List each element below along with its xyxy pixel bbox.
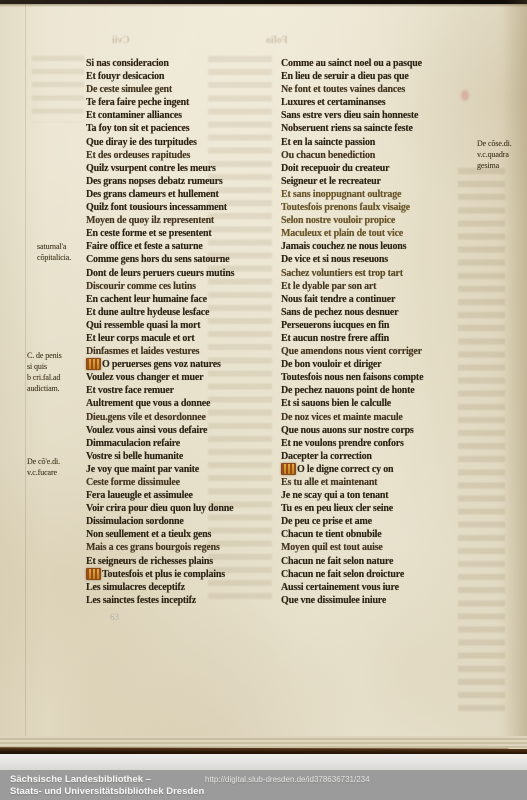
verse-line: De bon vouloir et diriger [281,358,467,371]
margin-note-line: saturnal'a [37,241,71,252]
verse-line: Luxures et certaminanses [281,96,467,109]
verse-line: Et si sauons bien le calculle [281,397,467,410]
verse-line: Moyen quil est tout auise [281,541,467,554]
verse-line: Dinfasmes et laides vestures [86,345,266,358]
verse-line: Quilz vsurpent contre les meurs [86,162,266,175]
margin-note-line: cõpitalicia. [37,252,71,263]
verse-line: Et seigneurs de richesses plains [86,555,266,568]
illuminated-paragraph-mark [281,463,296,475]
verse-line: Dieu.gens vile et desordonnee [86,411,266,424]
ink-bleedthrough-left [32,56,84,122]
verse-line: Si nas consideracion [86,57,266,70]
verse-line: Chacun ne fait selon nature [281,555,467,568]
verse-line: Tu es en peu lieux cler seine [281,502,467,515]
library-name-line1: Sächsische Landesbibliothek – [10,774,204,786]
verse-line: Aultrement que vous a donnee [86,397,266,410]
verse-line: Ne font et toutes vaines dances [281,83,467,96]
verse-line: Quilz font tousiours incessamment [86,201,266,214]
verse-line: Toutesfois nous nen faisons compte [281,371,467,384]
verse-line: Et des ordeuses rapitudes [86,149,266,162]
verse-line: En ceste forme et se presentent [86,227,266,240]
signature-mark: 63 [110,612,119,622]
verse-line: O le digne correct cy on [281,463,467,476]
verse-line: Dissimulacion sordonne [86,515,266,528]
source-url: http://digital.slub-dresden.de/id3786367… [205,775,370,784]
verse-line: De noz vices et mainte macule [281,411,467,424]
margin-note-line: si quis [27,361,62,372]
verse-line: Et le dyable par son art [281,280,467,293]
verse-line: Chacun te tient obnubile [281,528,467,541]
margin-note-line: gesima [477,160,512,171]
digitized-manuscript-view: Cvii Folio Si nas consideracionEt fouyr … [0,0,527,800]
book-page: Cvii Folio Si nas consideracionEt fouyr … [0,0,527,800]
verse-line: Fera laueugle et assimulee [86,489,266,502]
text-column-right: Comme au sainct noel ou a pasqueEn lieu … [281,57,467,607]
book-top-edge-shadow [0,4,527,7]
verse-line: Aussi certainement vous iure [281,581,467,594]
library-name-line2: Staats- und Universitätsbibliothek Dresd… [10,786,204,798]
margin-note-line: b cri.fal.ad [27,372,62,383]
verse-line: Comme gens hors du sens satourne [86,253,266,266]
verse-line: Voulez vous ainsi vous defaire [86,424,266,437]
page-fold-line [25,4,26,746]
bleedthrough-folio-number: Cvii [112,35,130,46]
verse-line: Comme au sainct noel ou a pasque [281,57,467,70]
margin-note-saturnalia: saturnal'acõpitalicia. [37,241,71,263]
margin-note-line: audictiam. [27,383,62,394]
verse-line: Et leur corps macule et ort [86,332,266,345]
verse-line: Ta foy ton sit et paciences [86,122,266,135]
verse-line: Sans estre vers dieu sain honneste [281,109,467,122]
verse-line: Et aucun nostre frere affin [281,332,467,345]
verse-line: En cachent leur humaine face [86,293,266,306]
illuminated-paragraph-mark [86,568,101,580]
verse-line: Et dune aultre hydeuse lesface [86,306,266,319]
verse-line: De ceste simulee gent [86,83,266,96]
verse-line: Et ne voulons prendre confors [281,437,467,450]
verse-line: Toutesfois et plus ie complains [86,568,266,581]
verse-line: Nous fait tendre a continuer [281,293,467,306]
margin-note-fucare: De cõ'e.di.v.c.fucare [27,456,60,478]
scanner-background-strip [0,754,527,770]
verse-line: Chacun ne fait selon droicture [281,568,467,581]
verse-line: Te fera faire peche ingent [86,96,266,109]
verse-line: Perseuerons iucques en fin [281,319,467,332]
verse-line: Ceste forme dissimulee [86,476,266,489]
verse-line: Es tu alle et maintenant [281,476,467,489]
verse-line: De pechez nauons point de honte [281,384,467,397]
margin-note-line: v.c.quadra [477,149,512,160]
text-column-left: Si nas consideracionEt fouyr desicacionD… [86,57,266,607]
verse-line: Non seullement et a tieulx gens [86,528,266,541]
verse-line: Dacepter la correction [281,450,467,463]
verse-line: Que diray ie des turpitudes [86,136,266,149]
verse-line: Ou chacun benediction [281,149,467,162]
verse-line: Toutesfois prenons faulx visaige [281,201,467,214]
illuminated-paragraph-mark [86,358,101,370]
verse-line: Moyen de quoy ilz representent [86,214,266,227]
verse-line: O peruerses gens voz natures [86,358,266,371]
margin-note-line: De cõ'e.di. [27,456,60,467]
verse-line: Selon nostre vouloir propice [281,214,467,227]
verse-line: Des grans clameurs et hullement [86,188,266,201]
verse-line: Je ne scay qui a ton tenant [281,489,467,502]
margin-note-line: De cõse.di. [477,138,512,149]
verse-line: Et contaminer alliances [86,109,266,122]
verse-line: Que amendons nous vient corriger [281,345,467,358]
verse-line: Les sainctes festes inceptifz [86,594,266,607]
verse-line: Et vostre face remuer [86,384,266,397]
verse-line: Jamais couchez ne nous leuons [281,240,467,253]
verse-line: Sans de pechez nous desnuer [281,306,467,319]
library-attribution: Sächsische Landesbibliothek – Staats- un… [10,774,204,797]
verse-line: Que nous auons sur nostre corps [281,424,467,437]
verse-line: Dimmaculacion refaire [86,437,266,450]
verse-line: Discourir comme ces lutins [86,280,266,293]
verse-line: Doit recepuoir du createur [281,162,467,175]
verse-line: Faire office et feste a saturne [86,240,266,253]
verse-line: Les simulacres deceptifz [86,581,266,594]
verse-line: De peu ce prise et ame [281,515,467,528]
verse-line: Nobseruent riens sa saincte feste [281,122,467,135]
verse-line: Vostre si belle humanite [86,450,266,463]
verse-line: Mais a ces grans bourgois regens [86,541,266,554]
red-ink-smudge [461,90,469,101]
gutter-shadow [503,0,527,752]
margin-note-quadragesima: De cõse.di.v.c.quadragesima [477,138,512,171]
verse-line: Et en la saincte passion [281,136,467,149]
caption-bar: Sächsische Landesbibliothek – Staats- un… [0,770,527,800]
verse-line: De vice et si nous reseuons [281,253,467,266]
verse-line: En lieu de seruir a dieu pas que [281,70,467,83]
verse-line: Des grans nopses debatz rumeurs [86,175,266,188]
verse-line: Et sans inoppugnant oultrage [281,188,467,201]
verse-line: Dont de leurs peruers cueurs mutins [86,267,266,280]
verse-line: Qui ressemble quasi la mort [86,319,266,332]
verse-line: Maculeux et plain de tout vice [281,227,467,240]
verse-line: Je voy que maint par vanite [86,463,266,476]
verse-line: Voulez vous changer et muer [86,371,266,384]
verse-line: Seigneur et le recreateur [281,175,467,188]
verse-line: Voir crira pour dieu quon luy donne [86,502,266,515]
margin-note-line: C. de penis [27,350,62,361]
bleedthrough-folio-word: Folio [266,35,288,46]
verse-line: Et fouyr desicacion [86,70,266,83]
verse-line: Sachez voluntiers est trop tart [281,267,467,280]
verse-line: Que vne dissimulee iniure [281,594,467,607]
margin-note-line: v.c.fucare [27,467,60,478]
margin-note-de-penis: C. de penissi quisb cri.fal.adaudictiam. [27,350,62,394]
